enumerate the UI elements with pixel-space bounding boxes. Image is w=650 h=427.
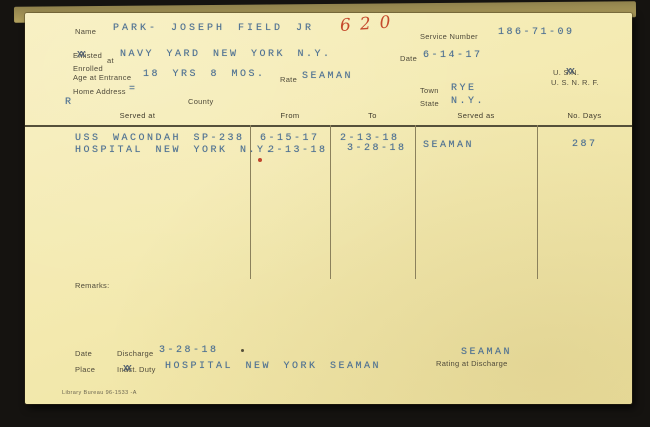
date-label: Date: [400, 54, 417, 63]
table-no-days-value: 287: [572, 139, 598, 150]
discharge-label: Discharge: [117, 349, 153, 358]
table-row-from: 6-15-17: [260, 133, 320, 144]
rating-at-discharge-label: Rating at Discharge: [436, 359, 508, 368]
handwritten-number: 620: [339, 12, 400, 36]
place-label: Place: [75, 365, 95, 374]
service-record-card: Name PARK- JOSEPH FIELD JR 620 Service N…: [25, 13, 632, 404]
table-row-served-at: HOSPITAL NEW YORK N.Y.: [75, 145, 274, 156]
service-number-label: Service Number: [420, 32, 478, 41]
inact-strikeout-mark: XX: [123, 364, 130, 374]
at-label: at: [107, 56, 114, 65]
home-address-r-value: R: [65, 97, 74, 108]
usn-strikeout-mark: XX: [566, 67, 573, 77]
service-number-value: 186-71-09: [498, 27, 575, 38]
table-header-from: From: [250, 111, 330, 120]
table-row-served-at: USS WACONDAH SP-238: [75, 133, 245, 144]
table-header-to: To: [330, 111, 415, 120]
table-column-rule-3: [415, 125, 416, 279]
name-label: Name: [75, 27, 96, 36]
ink-dot: [241, 349, 244, 352]
home-address-label: Home Address: [73, 87, 126, 96]
age-at-entrance-label: Age at Entrance: [73, 73, 131, 82]
usnrf-label: U. S. N. R. F.: [551, 78, 599, 87]
town-label: Town: [420, 86, 439, 95]
rate-value: SEAMAN: [302, 71, 353, 82]
printer-imprint: Library Bureau 96-1533 -A: [62, 390, 137, 396]
discharge-place-value: HOSPITAL NEW YORK SEAMAN: [165, 361, 381, 372]
county-label: County: [188, 97, 214, 106]
table-served-as-value: SEAMAN: [423, 140, 474, 151]
red-ink-mark: [258, 158, 262, 162]
enlisted-at-value: NAVY YARD NEW YORK N.Y.: [120, 49, 332, 60]
table-header-served-at: Served at: [25, 111, 250, 120]
scan-background: Name PARK- JOSEPH FIELD JR 620 Service N…: [0, 0, 650, 427]
state-label: State: [420, 99, 439, 108]
home-address-mark: =: [129, 84, 138, 95]
remarks-label: Remarks:: [75, 281, 110, 290]
rating-at-discharge-value: SEAMAN: [461, 347, 512, 358]
rate-label: Rate: [280, 75, 297, 84]
state-value: N.Y.: [451, 96, 485, 107]
table-column-rule-2: [330, 125, 331, 279]
table-column-rule-4: [537, 125, 538, 279]
duty-label: Duty: [139, 365, 156, 374]
name-value: PARK- JOSEPH FIELD JR: [113, 23, 314, 34]
table-header-rule: [25, 125, 632, 127]
table-row-to: 3-28-18: [347, 143, 407, 154]
discharge-date-value: 3-28-18: [159, 345, 219, 356]
enrolled-label: Enrolled: [73, 64, 103, 73]
enlisted-strikeout-mark: XX: [77, 50, 84, 60]
table-row-from: 2-13-18: [268, 145, 328, 156]
table-header-no-days: No. Days: [537, 111, 632, 120]
discharge-date-label: Date: [75, 349, 92, 358]
table-header-served-as: Served as: [415, 111, 537, 120]
town-value: RYE: [451, 83, 477, 94]
date-value: 6-14-17: [423, 50, 483, 61]
age-at-entrance-value: 18 YRS 8 MOS.: [143, 69, 266, 80]
